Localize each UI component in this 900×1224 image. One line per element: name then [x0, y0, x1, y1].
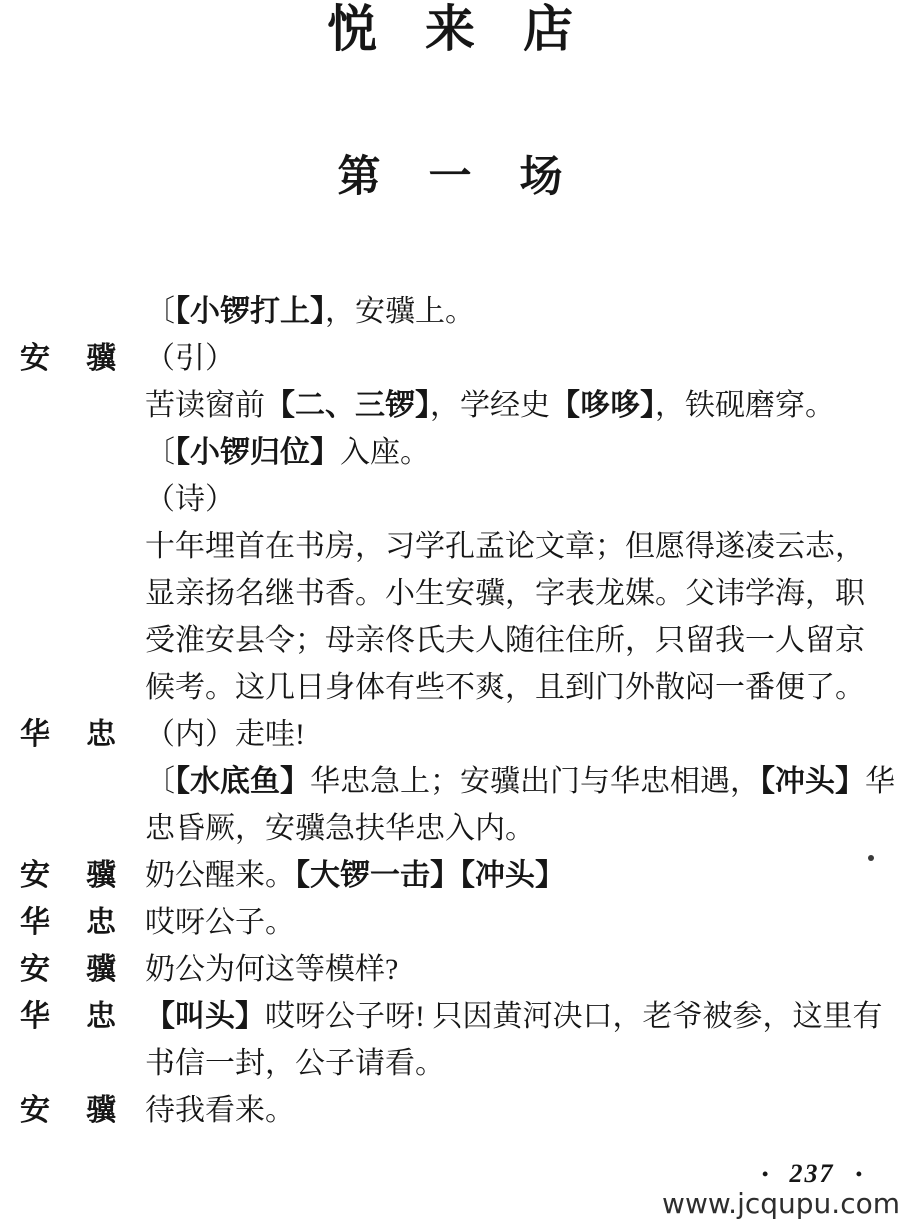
line-text: 显亲扬名继书香。小生安骥，字表龙媒。父讳学海，职: [145, 577, 865, 610]
speaker-name: 华忠: [20, 711, 152, 758]
line-text-segment: 受淮安县令；母亲佟氏夫人随往住所，只留我一人留京: [145, 624, 865, 657]
line-text-segment: 候考。这几日身体有些不爽，且到门外散闷一番便了。: [145, 671, 865, 704]
line-text: 【叫头】哎呀公子呀! 只因黄河决口，老爷被参，这里有: [145, 1000, 883, 1033]
line-text-segment: 哎呀公子呀! 只因黄河决口，老爷被参，这里有: [265, 1000, 883, 1033]
line-text: 十年埋首在书房，习学孔孟论文章；但愿得遂凌云志，: [145, 530, 865, 563]
line-text-segment: 苦读窗前: [145, 389, 265, 422]
line-text: 哎呀公子。: [145, 906, 295, 939]
line-text-segment: 奶公为何这等模样?: [145, 953, 398, 986]
line-text-segment: （诗）: [145, 483, 235, 516]
page-number-bullet-left: •: [762, 1160, 768, 1188]
print-speck: [868, 855, 874, 861]
line-text: 忠昏厥，安骥急扶华忠入内。: [145, 812, 535, 845]
percussion-notation: 【哆哆】: [550, 389, 655, 422]
speaker-name: 华忠: [20, 993, 152, 1040]
line-text-segment: 待我看来。: [145, 1094, 295, 1127]
dialogue-line: 安骥奶公为何这等模样?: [0, 946, 900, 993]
stage-direction-line: （诗）: [0, 476, 900, 523]
percussion-notation: 【冲头】: [760, 765, 865, 798]
scanned-script-page: 悦来店 第一场 〔【小锣打上】，安骥上。安骥（引）苦读窗前【二、三锣】，学经史【…: [0, 0, 900, 1224]
line-text-segment: 华忠急上；安骥出门与华忠相遇，: [310, 765, 760, 798]
dialogue-line: 安骥（引）: [0, 335, 900, 382]
line-text-segment: （内）走哇!: [145, 718, 305, 751]
stage-direction-line: 候考。这几日身体有些不爽，且到门外散闷一番便了。: [0, 664, 900, 711]
stage-direction-line: 苦读窗前【二、三锣】，学经史【哆哆】，铁砚磨穿。: [0, 382, 900, 429]
speaker-name: 安骥: [20, 335, 152, 382]
line-text: 〔【小锣归位】入座。: [145, 436, 430, 469]
stage-direction-line: 忠昏厥，安骥急扶华忠入内。: [0, 805, 900, 852]
dialogue-line: 华忠（内）走哇!: [0, 711, 900, 758]
line-text: 〔【水底鱼】华忠急上；安骥出门与华忠相遇，【冲头】华: [145, 765, 895, 798]
dialogue-line: 华忠哎呀公子。: [0, 899, 900, 946]
stage-direction-line: 〔【小锣归位】入座。: [0, 429, 900, 476]
line-text-segment: （引）: [145, 342, 235, 375]
speaker-name: 安骥: [20, 852, 152, 899]
percussion-notation: 【大锣一击】【冲头】: [295, 859, 565, 892]
page-number-bullet-right: •: [856, 1160, 862, 1188]
line-text-segment: 哎呀公子。: [145, 906, 295, 939]
stage-direction-line: 〔【水底鱼】华忠急上；安骥出门与华忠相遇，【冲头】华: [0, 758, 900, 805]
line-text-segment: 〔: [145, 436, 175, 469]
percussion-notation: 【小锣打上】: [175, 295, 325, 328]
line-text-segment: 奶公醒来。: [145, 859, 295, 892]
stage-direction-line: 显亲扬名继书香。小生安骥，字表龙媒。父讳学海，职: [0, 570, 900, 617]
line-text-segment: 书信一封，公子请看。: [145, 1047, 445, 1080]
play-title: 悦来店: [0, 0, 900, 58]
scene-heading: 第一场: [0, 150, 900, 206]
stage-direction-line: 十年埋首在书房，习学孔孟论文章；但愿得遂凌云志，: [0, 523, 900, 570]
percussion-notation: 【小锣归位】: [175, 436, 340, 469]
line-text: 苦读窗前【二、三锣】，学经史【哆哆】，铁砚磨穿。: [145, 389, 835, 422]
watermark-url: www.jcqupu.com: [662, 1188, 900, 1220]
line-text: 待我看来。: [145, 1094, 295, 1127]
line-text: 受淮安县令；母亲佟氏夫人随往住所，只留我一人留京: [145, 624, 865, 657]
speaker-name: 华忠: [20, 899, 152, 946]
line-text-segment: 忠昏厥，安骥急扶华忠入内。: [145, 812, 535, 845]
line-text: （引）: [145, 342, 235, 375]
line-text-segment: ，铁砚磨穿。: [655, 389, 835, 422]
line-text-segment: 〔: [145, 295, 175, 328]
page-number: • 237 •: [762, 1160, 862, 1188]
dialogue-line: 安骥奶公醒来。【大锣一击】【冲头】: [0, 852, 900, 899]
line-text: （诗）: [145, 483, 235, 516]
stage-direction-line: 书信一封，公子请看。: [0, 1040, 900, 1087]
line-text-segment: 十年埋首在书房，习学孔孟论文章；但愿得遂凌云志，: [145, 530, 865, 563]
stage-direction-line: 受淮安县令；母亲佟氏夫人随往住所，只留我一人留京: [0, 617, 900, 664]
line-text: （内）走哇!: [145, 718, 305, 751]
line-text-segment: 入座。: [340, 436, 430, 469]
line-text: 奶公醒来。【大锣一击】【冲头】: [145, 859, 565, 892]
percussion-notation: 【叫头】: [145, 1000, 265, 1033]
percussion-notation: 【二、三锣】: [265, 389, 430, 422]
stage-direction-line: 〔【小锣打上】，安骥上。: [0, 288, 900, 335]
script-body: 〔【小锣打上】，安骥上。安骥（引）苦读窗前【二、三锣】，学经史【哆哆】，铁砚磨穿…: [0, 288, 900, 1134]
percussion-notation: 【水底鱼】: [175, 765, 310, 798]
line-text-segment: 〔: [145, 765, 175, 798]
line-text: 候考。这几日身体有些不爽，且到门外散闷一番便了。: [145, 671, 865, 704]
page-number-value: 237: [790, 1160, 835, 1188]
line-text: 〔【小锣打上】，安骥上。: [145, 295, 475, 328]
speaker-name: 安骥: [20, 1087, 152, 1134]
dialogue-line: 安骥待我看来。: [0, 1087, 900, 1134]
line-text-segment: ，学经史: [430, 389, 550, 422]
line-text: 书信一封，公子请看。: [145, 1047, 445, 1080]
line-text-segment: 显亲扬名继书香。小生安骥，字表龙媒。父讳学海，职: [145, 577, 865, 610]
dialogue-line: 华忠【叫头】哎呀公子呀! 只因黄河决口，老爷被参，这里有: [0, 993, 900, 1040]
line-text-segment: ，安骥上。: [325, 295, 475, 328]
speaker-name: 安骥: [20, 946, 152, 993]
line-text-segment: 华: [865, 765, 895, 798]
line-text: 奶公为何这等模样?: [145, 953, 398, 986]
